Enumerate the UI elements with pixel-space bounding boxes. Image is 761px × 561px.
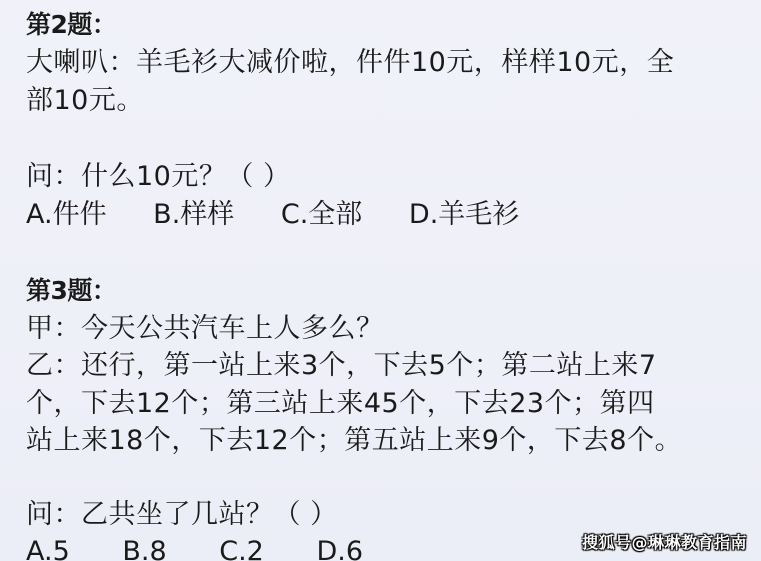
question-3-text-line-4: 站上来18个，下去12个；第五站上来9个，下去8个。 xyxy=(26,424,682,458)
question-2-prompt: 问：什么10元？（ ） xyxy=(26,160,290,194)
question-3-prompt: 问：乙共坐了几站？（ ） xyxy=(26,498,338,532)
question-2-heading: 第2题： xyxy=(26,8,116,42)
question-3-text-line-2: 乙：还行，第一站上来3个，下去5个；第二站上来7 xyxy=(26,349,657,383)
question-2-option-c: C.全部 xyxy=(281,198,362,232)
document-page: 第2题： 大喇叭：羊毛衫大减价啦，件件10元，样样10元，全 部10元。 问：什… xyxy=(0,0,761,561)
question-3-option-b: B.8 xyxy=(122,535,166,561)
question-3-heading: 第3题： xyxy=(26,274,116,308)
question-3-options: A.5 B.8 C.2 D.6 xyxy=(26,535,407,561)
question-3-text-line-3: 个，下去12个；第三站上来45个，下去23个；第四 xyxy=(26,387,655,421)
question-2-text-line-2: 部10元。 xyxy=(26,84,144,118)
question-2-options: A.件件 B.样样 C.全部 D.羊毛衫 xyxy=(26,198,557,232)
question-2-option-a: A.件件 xyxy=(26,198,107,232)
watermark: 搜狐号@琳琳教育指南 xyxy=(582,533,747,553)
question-3-option-c: C.2 xyxy=(219,535,264,561)
question-3-text-line-1: 甲：今天公共汽车上人多么？ xyxy=(26,312,384,346)
question-2-option-d: D.羊毛衫 xyxy=(409,198,519,232)
question-3-option-d: D.6 xyxy=(316,535,363,561)
question-2-text-line-1: 大喇叭：羊毛衫大减价啦，件件10元，样样10元，全 xyxy=(26,46,674,80)
question-3-option-a: A.5 xyxy=(26,535,70,561)
question-2-option-b: B.样样 xyxy=(153,198,234,232)
